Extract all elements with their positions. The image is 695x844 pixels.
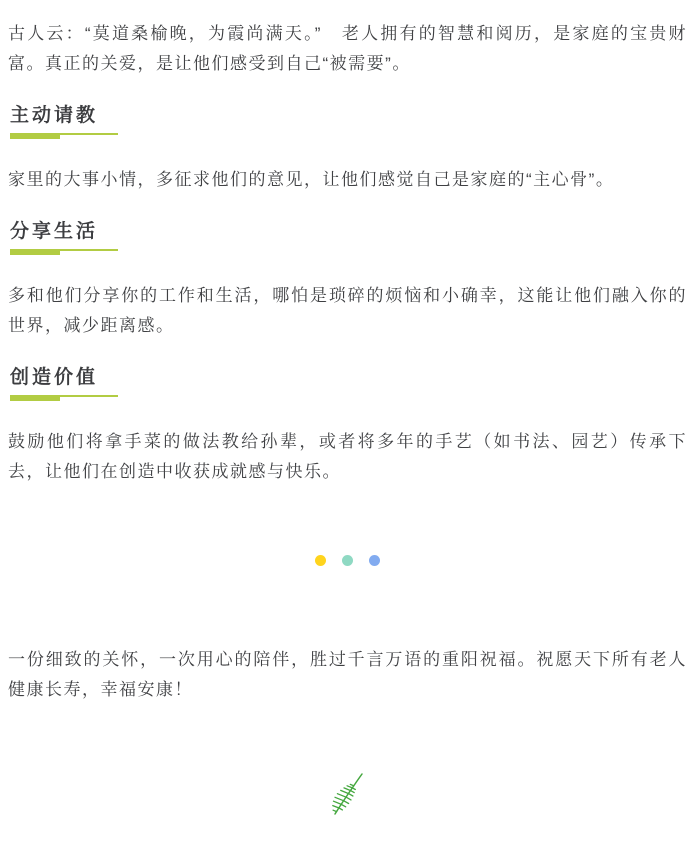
section-heading: 创造价值: [8, 365, 687, 391]
closing-paragraph: 一份细致的关怀，一次用心的陪伴，胜过千言万语的重阳祝福。祝愿天下所有老人健康长寿…: [8, 645, 687, 705]
underline-thick-bar: [10, 133, 60, 139]
heading-underline: [10, 395, 687, 401]
fern-leaf-icon: [328, 772, 368, 816]
divider-dot-blue: [369, 555, 380, 566]
footer-decoration: [8, 772, 687, 816]
heading-underline: [10, 133, 687, 139]
section-body-paragraph: 家里的大事小情，多征求他们的意见，让他们感觉自己是家庭的“主心骨”。: [8, 165, 687, 195]
divider-dot-yellow: [315, 555, 326, 566]
underline-thick-bar: [10, 249, 60, 255]
section-create-value: 创造价值 鼓励他们将拿手菜的做法教给孙辈，或者将多年的手艺（如书法、园艺）传承下…: [8, 365, 687, 487]
section-body-paragraph: 多和他们分享你的工作和生活，哪怕是琐碎的烦恼和小确幸，这能让他们融入你的世界，减…: [8, 281, 687, 341]
section-heading: 分享生活: [8, 219, 687, 245]
underline-thin-bar: [60, 395, 118, 397]
intro-paragraph: 古人云：“莫道桑榆晚，为霞尚满天。” 老人拥有的智慧和阅历，是家庭的宝贵财富。真…: [8, 19, 687, 79]
article-page: 古人云：“莫道桑榆晚，为霞尚满天。” 老人拥有的智慧和阅历，是家庭的宝贵财富。真…: [0, 0, 695, 844]
heading-underline: [10, 249, 687, 255]
underline-thin-bar: [60, 249, 118, 251]
divider-dot-teal: [342, 555, 353, 566]
underline-thin-bar: [60, 133, 118, 135]
section-divider-dots: [8, 555, 687, 566]
section-consult: 主动请教 家里的大事小情，多征求他们的意见，让他们感觉自己是家庭的“主心骨”。: [8, 103, 687, 195]
section-heading: 主动请教: [8, 103, 687, 129]
section-body-paragraph: 鼓励他们将拿手菜的做法教给孙辈，或者将多年的手艺（如书法、园艺）传承下去，让他们…: [8, 427, 687, 487]
section-share-life: 分享生活 多和他们分享你的工作和生活，哪怕是琐碎的烦恼和小确幸，这能让他们融入你…: [8, 219, 687, 341]
underline-thick-bar: [10, 395, 60, 401]
